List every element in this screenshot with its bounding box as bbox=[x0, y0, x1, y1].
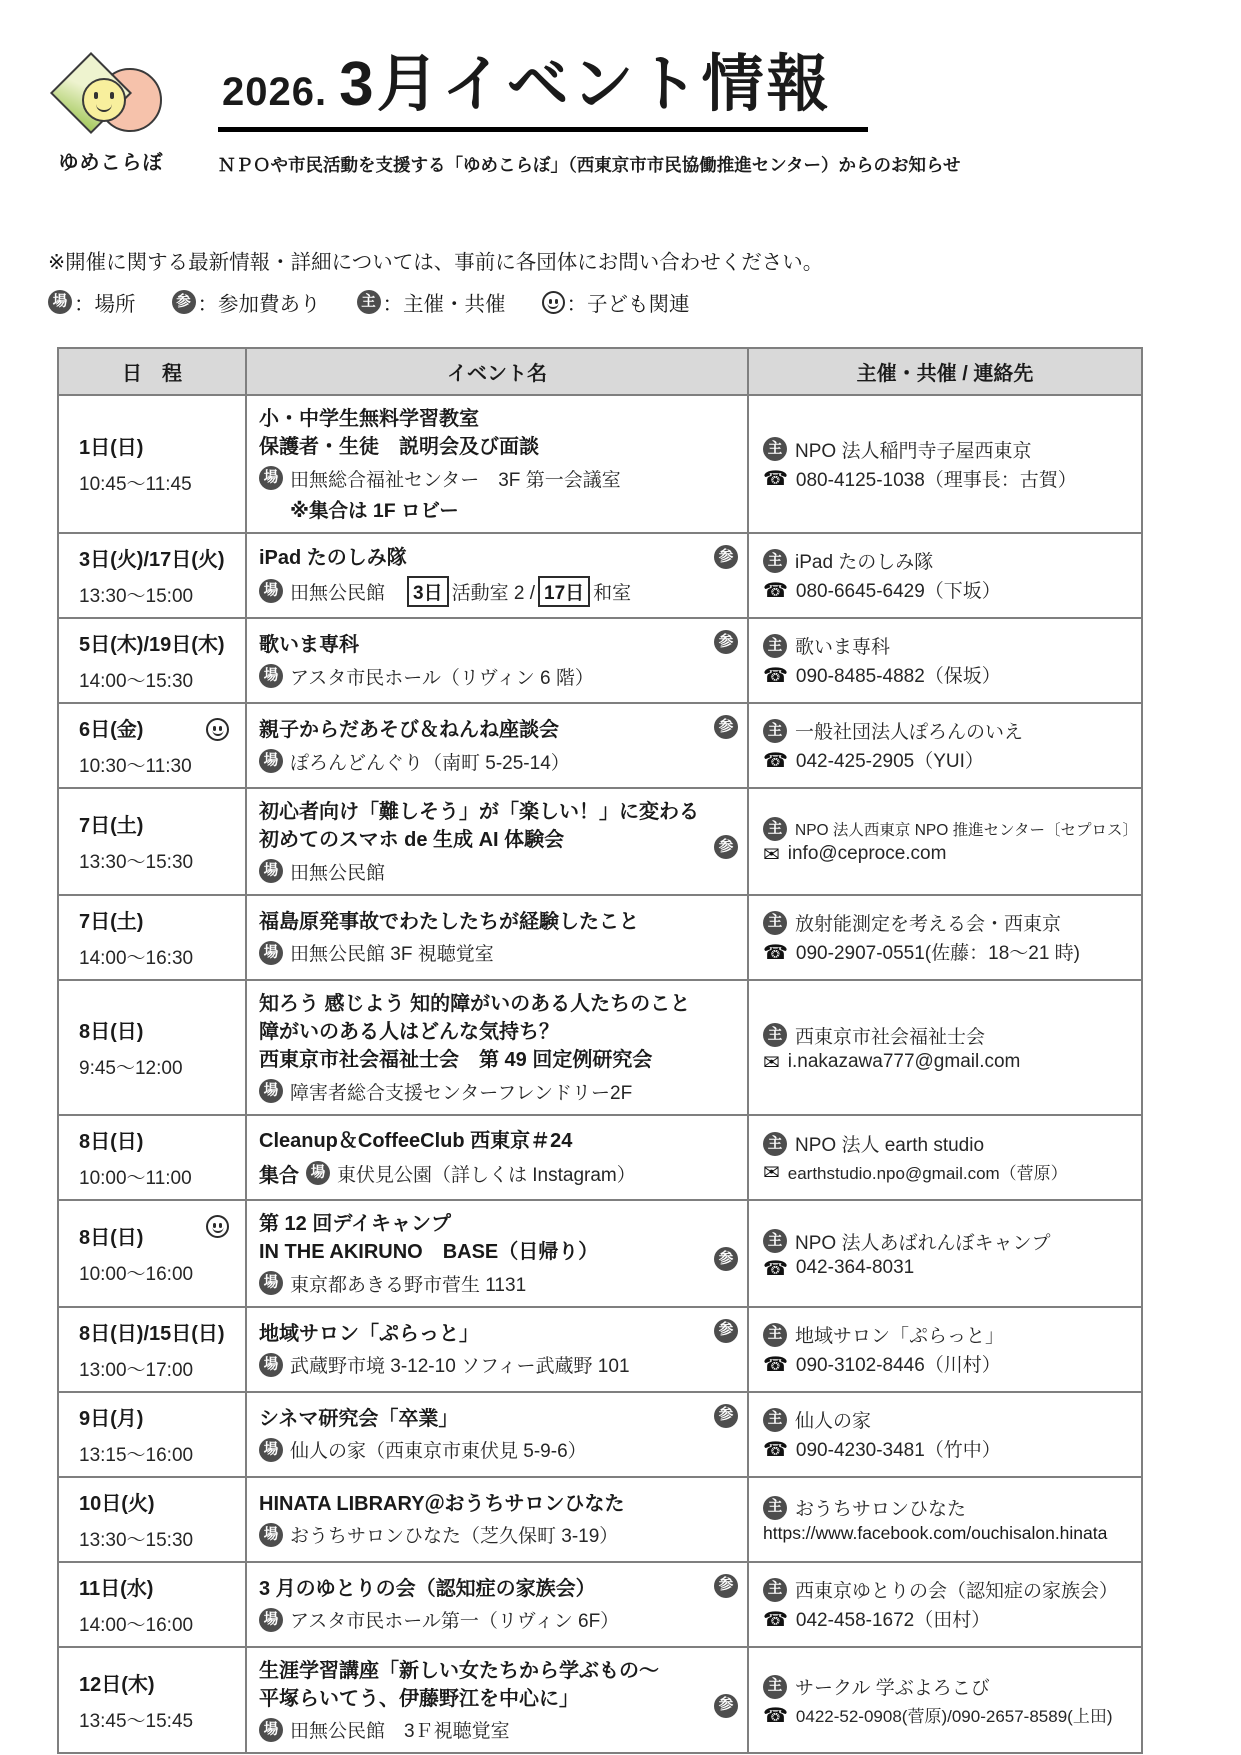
place-text: 東伏見公園（詳しくは Instagram） bbox=[337, 1160, 636, 1187]
organizer-name: iPad たのしみ隊 bbox=[795, 547, 933, 574]
place-text: アスタ市民ホール第一（リヴィン 6F） bbox=[290, 1606, 619, 1633]
organizer-name: 放射能測定を考える会・西東京 bbox=[795, 909, 1061, 936]
place-text: 障害者総合支援センターフレンドリー2F bbox=[290, 1078, 632, 1105]
table-row: 8日(日)/15日(日) 13:00～17:00 参 地域サロン「ぷらっと」 場… bbox=[58, 1307, 1142, 1392]
place-line: 場 ぽろんどんぐり（南町 5-25-14） bbox=[259, 748, 707, 775]
date-cell: 8日(日)/15日(日) 13:00～17:00 bbox=[58, 1307, 246, 1392]
organizer-name: おうちサロンひなた bbox=[795, 1494, 966, 1521]
fee-badge-icon: 参 bbox=[714, 715, 738, 739]
place-line: 場 アスタ市民ホール（リヴィン 6 階） bbox=[259, 663, 707, 690]
event-time: 10:00～16:00 bbox=[79, 1259, 235, 1286]
event-date: 6日(金) bbox=[79, 719, 143, 741]
event-cell: 参 初心者向け「難しそう」が「楽しい！」に変わる初めてのスマホ de 生成 AI… bbox=[246, 788, 748, 895]
phone-icon: ☎ bbox=[763, 580, 788, 600]
event-cell: 福島原発事故でわたしたちが経験したこと 場 田無公民館 3F 視聴覚室 bbox=[246, 895, 748, 980]
event-title: 小・中学生無料学習教室保護者・生徒 説明会及び面談 bbox=[259, 405, 707, 462]
fee-badge-icon: 参 bbox=[714, 1319, 738, 1343]
place-line: 場 仙人の家（西東京市東伏見 5-9-6） bbox=[259, 1436, 707, 1463]
event-title: HINATA LIBRARY＠おうちサロンひなた bbox=[259, 1490, 707, 1518]
mail-icon: ✉ bbox=[763, 844, 780, 864]
organizer-badge-icon: 主 bbox=[763, 634, 787, 658]
title-block: 2026. 3月イベント情報 bbox=[218, 52, 868, 132]
event-date: 10日(火) bbox=[79, 1493, 155, 1515]
legend-label: ：主催・共催 bbox=[383, 287, 506, 317]
fee-badge-icon: 参 bbox=[714, 1247, 738, 1271]
phone-icon: ☎ bbox=[763, 665, 788, 685]
event-time: 13:15～16:00 bbox=[79, 1440, 235, 1467]
fee-badge-icon: 参 bbox=[714, 835, 738, 859]
place-badge-icon: 場 bbox=[259, 941, 283, 965]
contact-text: 042-458-1672（田村） bbox=[796, 1605, 990, 1632]
header-date: 日 程 bbox=[58, 348, 246, 395]
place-line: 場 田無公民館 bbox=[259, 858, 707, 885]
event-cell: 参 第 12 回デイキャンプIN THE AKIRUNO BASE（日帰り） 場… bbox=[246, 1200, 748, 1307]
event-time: 10:45～11:45 bbox=[79, 469, 235, 496]
event-date: 7日(土) bbox=[79, 911, 143, 933]
phone-icon: ☎ bbox=[763, 750, 788, 770]
kids-smiley-icon bbox=[206, 1215, 229, 1238]
organizer-badge-icon: 主 bbox=[763, 911, 787, 935]
table-row: 1日(日) 10:45～11:45 小・中学生無料学習教室保護者・生徒 説明会及… bbox=[58, 395, 1142, 533]
organizer-name: 地域サロン「ぷらっと」 bbox=[795, 1321, 1004, 1348]
page-title: 3月イベント情報 bbox=[339, 52, 831, 117]
phone-icon: ☎ bbox=[763, 1354, 788, 1374]
place-badge-icon: 場 bbox=[259, 1523, 283, 1547]
date-cell: 8日(日) 10:00～11:00 bbox=[58, 1115, 246, 1200]
header-organizer: 主催・共催 / 連絡先 bbox=[748, 348, 1142, 395]
event-cell: 参 生涯学習講座「新しい女たちから学ぶもの～平塚らいてう、伊藤野江を中心に」 場… bbox=[246, 1647, 748, 1754]
kids-smiley-icon bbox=[542, 291, 565, 314]
date-cell: 3日(火)/17日(火) 13:30～15:00 bbox=[58, 533, 246, 618]
event-title: 生涯学習講座「新しい女たちから学ぶもの～平塚らいてう、伊藤野江を中心に」 bbox=[259, 1657, 707, 1714]
organizer-badge-icon: 主 bbox=[763, 549, 787, 573]
logo-smiley-face-icon bbox=[82, 78, 126, 122]
table-row: 7日(土) 14:00～16:30 福島原発事故でわたしたちが経験したこと 場 … bbox=[58, 895, 1142, 980]
organizer-name: 歌いま専科 bbox=[795, 632, 890, 659]
organizer-name: NPO 法人稲門寺子屋西東京 bbox=[795, 436, 1031, 463]
place-note: ※集合は 1F ロビー bbox=[290, 495, 707, 523]
organizer-cell: 主 一般社団法人ぽろんのいえ ☎ 042-425-2905（YUI） bbox=[748, 703, 1142, 788]
organizer-cell: 主 西東京ゆとりの会（認知症の家族会） ☎ 042-458-1672（田村） bbox=[748, 1562, 1142, 1647]
fee-badge-icon: 参 bbox=[714, 1694, 738, 1718]
contact-text: 042-425-2905（YUI） bbox=[796, 746, 984, 773]
table-row: 6日(金) 10:30～11:30 参 親子からだあそび＆ねんね座談会 場 ぽろ… bbox=[58, 703, 1142, 788]
phone-icon: ☎ bbox=[763, 468, 788, 488]
organizer-name: NPO 法人あばれんぼキャンプ bbox=[795, 1228, 1050, 1255]
place-line: 場 おうちサロンひなた（芝久保町 3-19） bbox=[259, 1521, 707, 1548]
organizer-badge-icon: 主 bbox=[763, 1496, 787, 1520]
place-line: 場 アスタ市民ホール第一（リヴィン 6F） bbox=[259, 1606, 707, 1633]
phone-icon: ☎ bbox=[763, 1609, 788, 1629]
contact-text: 090-3102-8446（川村） bbox=[796, 1350, 1001, 1377]
event-cell: 参 シネマ研究会「卒業」 場 仙人の家（西東京市東伏見 5-9-6） bbox=[246, 1392, 748, 1477]
place-badge-icon: 場 bbox=[259, 1608, 283, 1632]
date-cell: 7日(土) 14:00～16:30 bbox=[58, 895, 246, 980]
table-row: 9日(月) 13:15～16:00 参 シネマ研究会「卒業」 場 仙人の家（西東… bbox=[58, 1392, 1142, 1477]
organizer-badge-icon: 主 bbox=[763, 719, 787, 743]
organizer-badge-icon: 主 bbox=[763, 437, 787, 461]
fee-badge-icon: 参 bbox=[714, 1404, 738, 1428]
event-date: 11日(水) bbox=[79, 1578, 153, 1600]
organizer-cell: 主 西東京市社会福祉士会 ✉ i.nakazawa777@gmail.com bbox=[748, 980, 1142, 1115]
event-rows: 1日(日) 10:45～11:45 小・中学生無料学習教室保護者・生徒 説明会及… bbox=[58, 395, 1142, 1753]
place-text: ぽろんどんぐり（南町 5-25-14） bbox=[290, 748, 570, 775]
event-title: 親子からだあそび＆ねんね座談会 bbox=[259, 716, 707, 744]
event-title: 知ろう 感じよう 知的障がいのある人たちのこと障がいのある人はどんな気持ち？西東… bbox=[259, 990, 707, 1075]
contact-text: 090-2907-0551(佐藤：18～21 時) bbox=[796, 938, 1080, 965]
event-date: 8日(日) bbox=[79, 1021, 143, 1043]
legend-item-fee: 参 ：参加費あり bbox=[172, 287, 321, 317]
event-date: 5日(木)/19日(木) bbox=[79, 634, 225, 656]
event-title: 歌いま専科 bbox=[259, 631, 707, 659]
place-text: 田無総合福祉センター 3F 第一会議室 bbox=[290, 465, 621, 492]
place-text: アスタ市民ホール（リヴィン 6 階） bbox=[290, 663, 594, 690]
event-time: 14:00～15:30 bbox=[79, 666, 235, 693]
place-badge-icon: 場 bbox=[259, 664, 283, 688]
place-line: 場 田無公民館 3F 視聴覚室 bbox=[259, 939, 707, 966]
table-row: 8日(日) 9:45～12:00 知ろう 感じよう 知的障がいのある人たちのこと… bbox=[58, 980, 1142, 1115]
event-cell: 参 iPad たのしみ隊 場 田無公民館 3日 活動室 2 /17日 和室 bbox=[246, 533, 748, 618]
place-text: 田無公民館 bbox=[290, 858, 385, 885]
organizer-cell: 主 iPad たのしみ隊 ☎ 080-6645-6429（下坂） bbox=[748, 533, 1142, 618]
event-title: シネマ研究会「卒業」 bbox=[259, 1405, 707, 1433]
organizer-badge-icon: 主 bbox=[763, 1023, 787, 1047]
event-date: 1日(日) bbox=[79, 437, 143, 459]
event-date: 8日(日) bbox=[79, 1227, 143, 1249]
place-badge-icon: 場 bbox=[259, 1718, 283, 1742]
contact-text: https://www.facebook.com/ouchisalon.hina… bbox=[763, 1523, 1107, 1544]
organizer-cell: 主 NPO 法人稲門寺子屋西東京 ☎ 080-4125-1038（理事長：古賀） bbox=[748, 395, 1142, 533]
date-cell: 7日(土) 13:30～15:30 bbox=[58, 788, 246, 895]
place-badge-icon: 場 bbox=[48, 290, 72, 314]
contact-text: 080-4125-1038（理事長：古賀） bbox=[796, 465, 1077, 492]
notice-text: ※開催に関する最新情報・詳細については、事前に各団体にお問い合わせください。 bbox=[48, 245, 1241, 275]
event-title: Cleanup＆CoffeeClub 西東京＃24 bbox=[259, 1127, 707, 1155]
phone-icon: ☎ bbox=[763, 1439, 788, 1459]
logo-text: ゆめこらぼ bbox=[52, 146, 170, 175]
place-badge-icon: 場 bbox=[259, 1353, 283, 1377]
date-cell: 8日(日) 10:00～16:00 bbox=[58, 1200, 246, 1307]
place-badge-icon: 場 bbox=[259, 1438, 283, 1462]
date-cell: 12日(木) 13:45～15:45 bbox=[58, 1647, 246, 1754]
kids-smiley-icon bbox=[206, 718, 229, 741]
organizer-name: NPO 法人 earth studio bbox=[795, 1130, 984, 1157]
fee-badge-icon: 参 bbox=[172, 290, 196, 314]
place-line: 場 東京都あきる野市菅生 1131 bbox=[259, 1270, 707, 1297]
legend-item-kids: ：子ども関連 bbox=[542, 287, 690, 317]
legend-item-place: 場 ：場所 bbox=[48, 287, 136, 317]
place-prefix: 集合 bbox=[259, 1159, 299, 1188]
organizer-cell: 主 地域サロン「ぷらっと」 ☎ 090-3102-8446（川村） bbox=[748, 1307, 1142, 1392]
organizer-cell: 主 仙人の家 ☎ 090-4230-3481（竹中） bbox=[748, 1392, 1142, 1477]
event-cell: 小・中学生無料学習教室保護者・生徒 説明会及び面談 場 田無総合福祉センター 3… bbox=[246, 395, 748, 533]
event-time: 13:45～15:45 bbox=[79, 1706, 235, 1733]
place-badge-icon: 場 bbox=[259, 1271, 283, 1295]
legend-label: ：参加費あり bbox=[198, 287, 321, 317]
event-title: 福島原発事故でわたしたちが経験したこと bbox=[259, 908, 707, 936]
header-event: イベント名 bbox=[246, 348, 748, 395]
place-text: 東京都あきる野市菅生 1131 bbox=[290, 1270, 526, 1297]
event-cell: Cleanup＆CoffeeClub 西東京＃24 集合 場 東伏見公園（詳しく… bbox=[246, 1115, 748, 1200]
fee-badge-icon: 参 bbox=[714, 630, 738, 654]
organizer-badge-icon: 主 bbox=[357, 290, 381, 314]
fee-badge-icon: 参 bbox=[714, 545, 738, 569]
organizer-cell: 主 NPO 法人 earth studio ✉ earthstudio.npo@… bbox=[748, 1115, 1142, 1200]
table-header-row: 日 程 イベント名 主催・共催 / 連絡先 bbox=[58, 348, 1142, 395]
event-date: 8日(日) bbox=[79, 1131, 143, 1153]
table-row: 3日(火)/17日(火) 13:30～15:00 参 iPad たのしみ隊 場 … bbox=[58, 533, 1142, 618]
organizer-badge-icon: 主 bbox=[763, 1323, 787, 1347]
place-badge-icon: 場 bbox=[259, 466, 283, 490]
legend-label: ：子ども関連 bbox=[567, 287, 690, 317]
contact-text: info@ceproce.com bbox=[788, 843, 947, 865]
table-row: 12日(木) 13:45～15:45 参 生涯学習講座「新しい女たちから学ぶもの… bbox=[58, 1647, 1142, 1754]
place-text: 田無公民館 3日 活動室 2 /17日 和室 bbox=[290, 576, 631, 607]
event-date: 3日(火)/17日(火) bbox=[79, 549, 225, 571]
organizer-badge-icon: 主 bbox=[763, 1229, 787, 1253]
event-title: 3 月のゆとりの会（認知症の家族会） bbox=[259, 1575, 707, 1603]
event-date: 8日(日)/15日(日) bbox=[79, 1323, 225, 1345]
place-line: 集合 場 東伏見公園（詳しくは Instagram） bbox=[259, 1159, 707, 1188]
mail-icon: ✉ bbox=[763, 1162, 780, 1182]
organizer-badge-icon: 主 bbox=[763, 1132, 787, 1156]
contact-text: 080-6645-6429（下坂） bbox=[796, 576, 1001, 603]
place-badge-icon: 場 bbox=[306, 1161, 330, 1185]
yumekorabo-logo: ゆめこらぼ bbox=[52, 56, 170, 175]
page-header: ゆめこらぼ 2026. 3月イベント情報 ＮＰＯや市民活動を支援する「ゆめこらぼ… bbox=[0, 0, 1241, 177]
contact-text: 090-8485-4882（保坂） bbox=[796, 661, 1001, 688]
event-cell: 参 親子からだあそび＆ねんね座談会 場 ぽろんどんぐり（南町 5-25-14） bbox=[246, 703, 748, 788]
place-text: 武蔵野市境 3-12-10 ソフィー武蔵野 101 bbox=[290, 1351, 630, 1378]
legend-label: ：場所 bbox=[74, 287, 136, 317]
event-cell: 参 地域サロン「ぷらっと」 場 武蔵野市境 3-12-10 ソフィー武蔵野 10… bbox=[246, 1307, 748, 1392]
organizer-name: サークル 学ぶよろこび bbox=[795, 1673, 990, 1700]
event-title: iPad たのしみ隊 bbox=[259, 544, 707, 572]
contact-text: 042-364-8031 bbox=[796, 1257, 914, 1279]
event-time: 13:00～17:00 bbox=[79, 1355, 235, 1382]
fee-badge-icon: 参 bbox=[714, 1574, 738, 1598]
date-cell: 9日(月) 13:15～16:00 bbox=[58, 1392, 246, 1477]
organizer-cell: 主 NPO 法人西東京 NPO 推進センター〔セプロス〕 ✉ info@cepr… bbox=[748, 788, 1142, 895]
contact-text: earthstudio.npo@gmail.com（菅原） bbox=[788, 1159, 1068, 1184]
event-time: 13:30～15:30 bbox=[79, 847, 235, 874]
organizer-badge-icon: 主 bbox=[763, 817, 787, 841]
phone-icon: ☎ bbox=[763, 1258, 788, 1278]
place-line: 場 田無公民館 3日 活動室 2 /17日 和室 bbox=[259, 576, 707, 607]
table-row: 10日(火) 13:30～15:30 HINATA LIBRARY＠おうちサロン… bbox=[58, 1477, 1142, 1562]
event-title: 第 12 回デイキャンプIN THE AKIRUNO BASE（日帰り） bbox=[259, 1210, 707, 1267]
organizer-badge-icon: 主 bbox=[763, 1675, 787, 1699]
event-cell: 参 3 月のゆとりの会（認知症の家族会） 場 アスタ市民ホール第一（リヴィン 6… bbox=[246, 1562, 748, 1647]
date-cell: 8日(日) 9:45～12:00 bbox=[58, 980, 246, 1115]
place-line: 場 田無総合福祉センター 3F 第一会議室 bbox=[259, 465, 707, 492]
organizer-name: 西東京市社会福祉士会 bbox=[795, 1022, 985, 1049]
date-cell: 6日(金) 10:30～11:30 bbox=[58, 703, 246, 788]
organizer-name: NPO 法人西東京 NPO 推進センター〔セプロス〕 bbox=[795, 818, 1131, 840]
event-title: 地域サロン「ぷらっと」 bbox=[259, 1320, 707, 1348]
place-badge-icon: 場 bbox=[259, 1079, 283, 1103]
organizer-cell: 主 放射能測定を考える会・西東京 ☎ 090-2907-0551(佐藤：18～2… bbox=[748, 895, 1142, 980]
event-time: 10:30～11:30 bbox=[79, 751, 235, 778]
event-cell: 参 歌いま専科 場 アスタ市民ホール（リヴィン 6 階） bbox=[246, 618, 748, 703]
place-text: おうちサロンひなた（芝久保町 3-19） bbox=[290, 1521, 618, 1548]
event-time: 14:00～16:00 bbox=[79, 1610, 235, 1637]
event-cell: 知ろう 感じよう 知的障がいのある人たちのこと障がいのある人はどんな気持ち？西東… bbox=[246, 980, 748, 1115]
event-table: 日 程 イベント名 主催・共催 / 連絡先 1日(日) 10:45～11:45 … bbox=[57, 347, 1143, 1754]
event-time: 14:00～16:30 bbox=[79, 943, 235, 970]
place-line: 場 障害者総合支援センターフレンドリー2F bbox=[259, 1078, 707, 1105]
place-badge-icon: 場 bbox=[259, 749, 283, 773]
event-date: 7日(土) bbox=[79, 815, 143, 837]
date-cell: 10日(火) 13:30～15:30 bbox=[58, 1477, 246, 1562]
event-title: 初心者向け「難しそう」が「楽しい！」に変わる初めてのスマホ de 生成 AI 体… bbox=[259, 798, 707, 855]
place-text: 仙人の家（西東京市東伏見 5-9-6） bbox=[290, 1436, 587, 1463]
contact-text: 090-4230-3481（竹中） bbox=[796, 1435, 1001, 1462]
organizer-cell: 主 おうちサロンひなた https://www.facebook.com/ouc… bbox=[748, 1477, 1142, 1562]
mail-icon: ✉ bbox=[763, 1052, 780, 1072]
organizer-cell: 主 サークル 学ぶよろこび ☎ 0422-52-0908(菅原)/090-265… bbox=[748, 1647, 1142, 1754]
organizer-name: 一般社団法人ぽろんのいえ bbox=[795, 717, 1023, 744]
place-line: 場 田無公民館 3Ｆ視聴覚室 bbox=[259, 1716, 707, 1743]
table-row: 5日(木)/19日(木) 14:00～15:30 参 歌いま専科 場 アスタ市民… bbox=[58, 618, 1142, 703]
place-badge-icon: 場 bbox=[259, 579, 283, 603]
event-date: 9日(月) bbox=[79, 1408, 143, 1430]
table-row: 7日(土) 13:30～15:30 参 初心者向け「難しそう」が「楽しい！」に変… bbox=[58, 788, 1142, 895]
table-row: 8日(日) 10:00～11:00 Cleanup＆CoffeeClub 西東京… bbox=[58, 1115, 1142, 1200]
organizer-name: 仙人の家 bbox=[795, 1406, 871, 1433]
date-cell: 5日(木)/19日(木) 14:00～15:30 bbox=[58, 618, 246, 703]
organizer-badge-icon: 主 bbox=[763, 1408, 787, 1432]
place-text: 田無公民館 3F 視聴覚室 bbox=[290, 939, 494, 966]
organizer-name: 西東京ゆとりの会（認知症の家族会） bbox=[795, 1576, 1118, 1603]
table-row: 11日(水) 14:00～16:00 参 3 月のゆとりの会（認知症の家族会） … bbox=[58, 1562, 1142, 1647]
place-line: 場 武蔵野市境 3-12-10 ソフィー武蔵野 101 bbox=[259, 1351, 707, 1378]
page-subtitle: ＮＰＯや市民活動を支援する「ゆめこらぼ」（西東京市市民協働推進センター）からのお… bbox=[218, 152, 1241, 177]
contact-text: 0422-52-0908(菅原)/090-2657-8589(上田) bbox=[796, 1702, 1113, 1727]
phone-icon: ☎ bbox=[763, 942, 788, 962]
place-text: 田無公民館 3Ｆ視聴覚室 bbox=[290, 1716, 510, 1743]
event-date: 12日(木) bbox=[79, 1674, 155, 1696]
event-time: 9:45～12:00 bbox=[79, 1053, 235, 1080]
event-time: 10:00～11:00 bbox=[79, 1163, 235, 1190]
date-cell: 11日(水) 14:00～16:00 bbox=[58, 1562, 246, 1647]
table-row: 8日(日) 10:00～16:00 参 第 12 回デイキャンプIN THE A… bbox=[58, 1200, 1142, 1307]
event-time: 13:30～15:00 bbox=[79, 581, 235, 608]
event-time: 13:30～15:30 bbox=[79, 1525, 235, 1552]
date-cell: 1日(日) 10:45～11:45 bbox=[58, 395, 246, 533]
logo-mark-icon bbox=[52, 56, 170, 142]
phone-icon: ☎ bbox=[763, 1705, 788, 1725]
event-cell: HINATA LIBRARY＠おうちサロンひなた 場 おうちサロンひなた（芝久保… bbox=[246, 1477, 748, 1562]
legend: 場 ：場所 参 ：参加費あり 主 ：主催・共催 ：子ども関連 bbox=[48, 287, 1241, 317]
place-badge-icon: 場 bbox=[259, 859, 283, 883]
contact-text: i.nakazawa777@gmail.com bbox=[788, 1051, 1021, 1073]
organizer-badge-icon: 主 bbox=[763, 1578, 787, 1602]
legend-item-organizer: 主 ：主催・共催 bbox=[357, 287, 506, 317]
organizer-cell: 主 NPO 法人あばれんぼキャンプ ☎ 042-364-8031 bbox=[748, 1200, 1142, 1307]
organizer-cell: 主 歌いま専科 ☎ 090-8485-4882（保坂） bbox=[748, 618, 1142, 703]
title-year: 2026. bbox=[222, 70, 327, 115]
